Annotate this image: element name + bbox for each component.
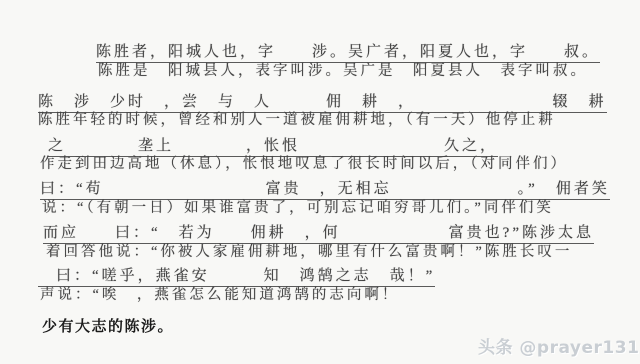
translation-line-5: 着回答他说：“你被人家雇佣耕地，哪里有什么富贵啊！”陈胜长叹一 (46, 244, 572, 261)
translation-line-3: 作走到田边高地（休息），怅恨地叹息了很长时间以后，（对同伴们） (40, 156, 568, 173)
translation-line-2: 陈胜年轻的时候，曾经和别人一道被雇佣耕地，（有一天）他停止耕 (38, 112, 556, 129)
scanned-textbook-page: 陈胜者，阳城人也，字 涉。吴广者，阳夏人也，字 叔。 陈胜是 阳城县人，表字叫涉… (0, 0, 640, 364)
original-line-6: 曰：“嗟乎，燕雀安 知 鸿鹄之志 哉！” (38, 268, 435, 287)
translation-line-6: 声说：“唉 ，燕雀怎么能知道鸿鹄的志向啊！ (40, 287, 399, 304)
original-line-3: 之 垄上 ，怅恨 久之， (48, 138, 498, 157)
original-line-4: 曰：“苟 富贵 ，无相忘 。” 佣者笑 (40, 181, 610, 200)
translation-line-1: 陈胜是 阳城县人，表字叫涉。吴广是 阳夏县人 表字叫叔。 (98, 63, 588, 80)
toutiao-watermark: 头条 @prayer1314 (478, 333, 640, 358)
caption-line: 少有大志的陈涉。 (42, 315, 174, 336)
original-line-2: 陈 涉 少时 ，尝 与 人 佣 耕 ， 辍 耕 (38, 94, 607, 113)
translation-line-4: 说：“（有朝一日）如果谁富贵了，可别忘记咱穷哥儿们。”同伴们笑 (42, 200, 554, 217)
original-line-1: 陈胜者，阳城人也，字 涉。吴广者，阳夏人也，字 叔。 (96, 44, 600, 63)
original-line-5: 而应 曰：“ 若为 佣耕 ，何 富贵也?”陈涉太息 (43, 225, 594, 244)
